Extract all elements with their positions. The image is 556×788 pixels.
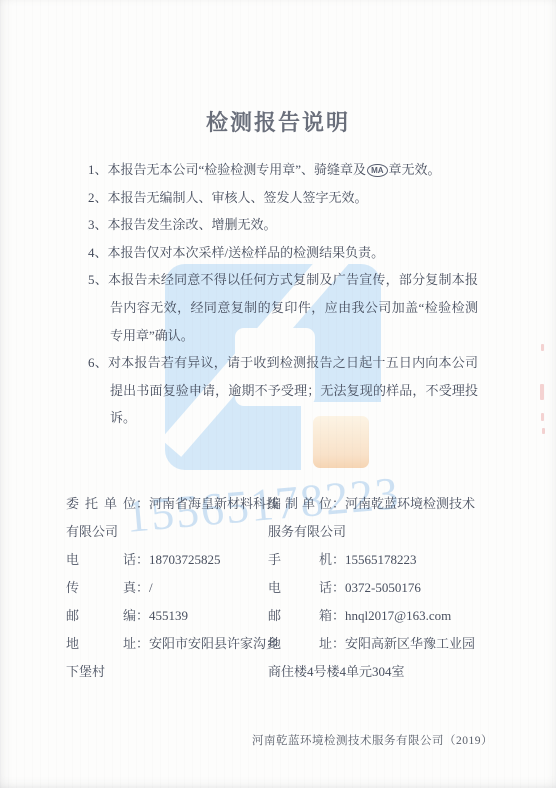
note-item-2: 2、本报告无编制人、审核人、签发人签字无效。 bbox=[88, 184, 478, 212]
note-item-4: 4、本报告仅对本次采样/送检样品的检测结果负责。 bbox=[88, 239, 478, 267]
contact-value: 455139 bbox=[149, 608, 188, 623]
scan-artifact-mark bbox=[541, 413, 544, 421]
contact-label: 委托单位 bbox=[66, 490, 136, 518]
contact-colon: ： bbox=[332, 608, 345, 623]
contact-row-lab-phone: 电话：0372-5050176 bbox=[268, 574, 486, 602]
contact-row-client-zip: 邮编：455139 bbox=[66, 602, 282, 630]
contact-label: 地址 bbox=[268, 630, 332, 658]
contact-label: 传真 bbox=[66, 574, 136, 602]
cma-stamp-icon: MA bbox=[367, 164, 387, 177]
contact-value: 15565178223 bbox=[345, 552, 417, 567]
note-item-3: 3、本报告发生涂改、增删无效。 bbox=[88, 211, 478, 239]
contact-colon: ： bbox=[136, 608, 149, 623]
contact-row-client-phone: 电话：18703725825 bbox=[66, 546, 282, 574]
contact-label: 电话 bbox=[66, 546, 136, 574]
note-number: 2、 bbox=[88, 190, 108, 205]
contact-label: 地址 bbox=[66, 630, 136, 658]
contact-colon: ： bbox=[332, 552, 345, 567]
note-number: 6、 bbox=[88, 355, 108, 370]
contact-row-lab-mobile: 手机：15565178223 bbox=[268, 546, 486, 574]
client-contact-block: 委托单位：河南省海皇新材料科技有限公司 电话：18703725825 传真：/ … bbox=[66, 490, 282, 686]
note-text: 章无效。 bbox=[389, 162, 441, 177]
note-number: 5、 bbox=[88, 272, 108, 287]
contact-row-lab-email: 邮箱：hnql2017@163.com bbox=[268, 602, 486, 630]
contact-colon: ： bbox=[136, 580, 149, 595]
contact-row-lab-address: 地址：安阳高新区华豫工业园商住楼4号楼4单元304室 bbox=[268, 630, 486, 686]
note-item-6: 6、对本报告若有异议，请于收到检测报告之日起十五日内向本公司提出书面复验申请，逾… bbox=[88, 349, 478, 432]
contact-row-lab-company: 编制单位：河南乾蓝环境检测技术服务有限公司 bbox=[268, 490, 486, 546]
contact-label: 电话 bbox=[268, 574, 332, 602]
contact-value: hnql2017@163.com bbox=[345, 608, 451, 623]
contact-label: 手机 bbox=[268, 546, 332, 574]
footer-company-line: 河南乾蓝环境检测技术服务有限公司（2019） bbox=[252, 732, 493, 748]
contact-colon: ： bbox=[136, 496, 149, 511]
note-item-1: 1、本报告无本公司“检验检测专用章”、骑缝章及MA章无效。 bbox=[88, 156, 478, 184]
contact-label: 邮箱 bbox=[268, 602, 332, 630]
contact-value: 18703725825 bbox=[149, 552, 221, 567]
lab-contact-block: 编制单位：河南乾蓝环境检测技术服务有限公司 手机：15565178223 电话：… bbox=[268, 490, 486, 686]
contact-colon: ： bbox=[332, 496, 345, 511]
note-number: 3、 bbox=[88, 217, 108, 232]
scan-artifact-mark bbox=[540, 384, 544, 400]
contact-colon: ： bbox=[136, 552, 149, 567]
scan-artifact-mark bbox=[542, 428, 545, 434]
contact-label: 编制单位 bbox=[268, 490, 332, 518]
note-text: 本报告仅对本次采样/送检样品的检测结果负责。 bbox=[108, 245, 385, 260]
contact-row-client-company: 委托单位：河南省海皇新材料科技有限公司 bbox=[66, 490, 282, 546]
contact-value: / bbox=[149, 580, 153, 595]
note-number: 4、 bbox=[88, 245, 108, 260]
contact-label: 邮编 bbox=[66, 602, 136, 630]
note-number: 1、 bbox=[88, 162, 108, 177]
note-text: 对本报告若有异议，请于收到检测报告之日起十五日内向本公司提出书面复验申请，逾期不… bbox=[108, 355, 478, 425]
note-item-5: 5、本报告未经同意不得以任何方式复制及广告宣传，部分复制本报告内容无效，经同意复… bbox=[88, 266, 478, 349]
report-notes-list: 1、本报告无本公司“检验检测专用章”、骑缝章及MA章无效。 2、本报告无编制人、… bbox=[88, 156, 478, 432]
scanned-report-page: 15565178223 检测报告说明 1、本报告无本公司“检验检测专用章”、骑缝… bbox=[0, 0, 556, 788]
contact-colon: ： bbox=[332, 636, 345, 651]
contact-colon: ： bbox=[332, 580, 345, 595]
note-text: 本报告无本公司“检验检测专用章”、骑缝章及 bbox=[108, 162, 367, 177]
page-title: 检测报告说明 bbox=[0, 106, 556, 137]
contact-row-client-fax: 传真：/ bbox=[66, 574, 282, 602]
contact-row-client-address: 地址：安阳市安阳县许家沟乡下堡村 bbox=[66, 630, 282, 686]
note-text: 本报告无编制人、审核人、签发人签字无效。 bbox=[108, 190, 368, 205]
contact-value: 0372-5050176 bbox=[345, 580, 421, 595]
note-text: 本报告未经同意不得以任何方式复制及广告宣传，部分复制本报告内容无效，经同意复制的… bbox=[108, 272, 478, 342]
scan-artifact-mark bbox=[541, 344, 544, 351]
contact-colon: ： bbox=[136, 636, 149, 651]
note-text: 本报告发生涂改、增删无效。 bbox=[108, 217, 277, 232]
